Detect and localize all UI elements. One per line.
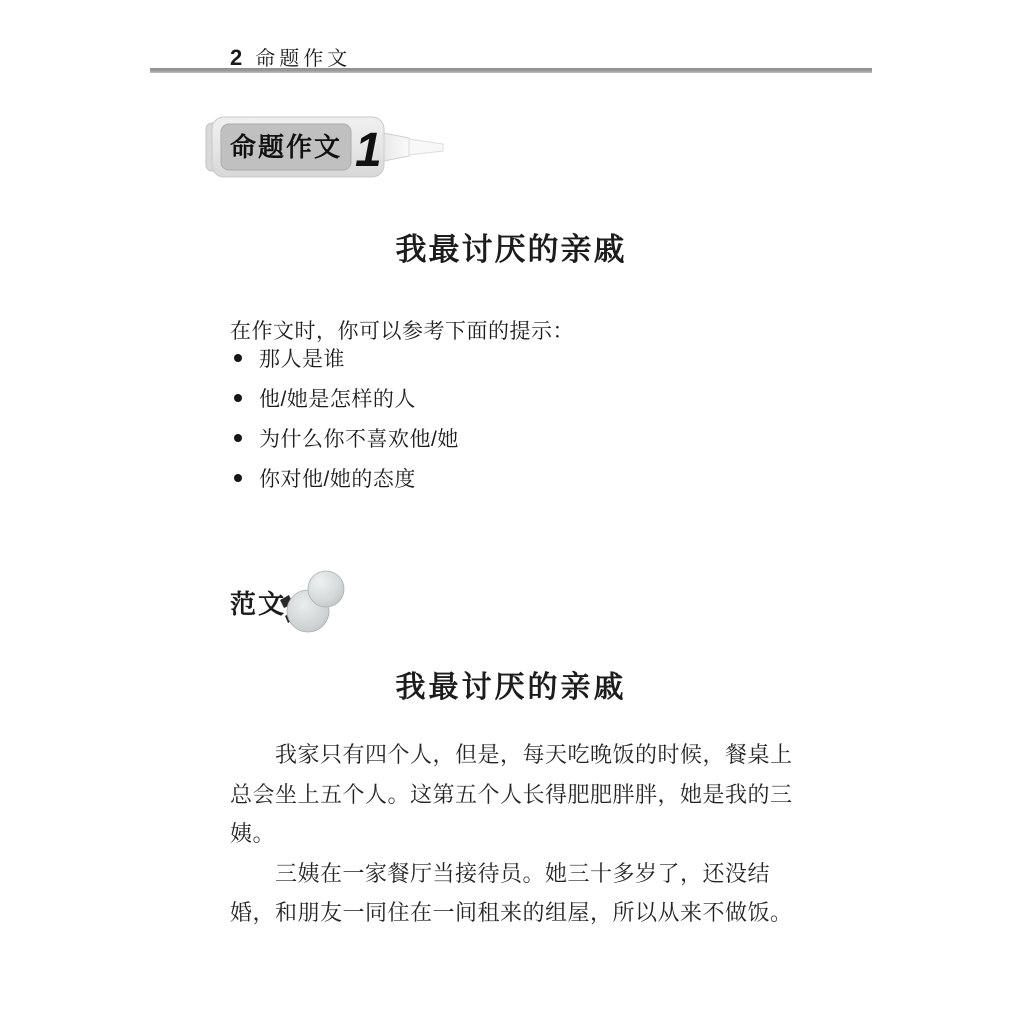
pushpin-icon xyxy=(278,564,350,638)
hint-list: 那人是谁 他/她是怎样的人 为什么你不喜欢他/她 你对他/她的态度 xyxy=(234,338,459,498)
hint-item: 他/她是怎样的人 xyxy=(234,378,459,418)
tube-icon: 命题作文 1 xyxy=(205,114,447,180)
bullet-icon xyxy=(234,354,242,362)
essay-line: 总会坐上五个人。这第五个人长得肥肥胖胖，她是我的三 xyxy=(230,776,796,816)
essay-line: 我家只有四个人，但是，每天吃晚饭的时候，餐桌上 xyxy=(230,736,796,776)
unit-badge-label: 命题作文 xyxy=(230,132,342,162)
sample-essay-title: 我最讨厌的亲戚 xyxy=(228,662,794,706)
essay-line: 三姨在一家餐厅当接待员。她三十多岁了，还没结 xyxy=(230,855,796,895)
tube-nozzle-tip xyxy=(409,139,443,155)
chapter-title: 命题作文 xyxy=(255,42,351,71)
tube-nozzle xyxy=(384,133,409,161)
unit-number: 1 xyxy=(355,124,382,177)
bullet-icon xyxy=(234,394,242,402)
unit-badge: 命题作文 1 xyxy=(205,114,447,180)
essay-line: 姨。 xyxy=(230,815,796,855)
book-page: 2 命题作文 命题作文 xyxy=(0,0,1024,1024)
essay-line: 婚，和朋友一同住在一间租来的组屋，所以从来不做饭。 xyxy=(230,894,796,934)
hint-text: 他/她是怎样的人 xyxy=(259,383,416,413)
hint-item: 你对他/她的态度 xyxy=(234,458,459,498)
running-head: 2 命题作文 xyxy=(230,42,351,71)
bullet-icon xyxy=(234,434,242,442)
header-rule xyxy=(150,68,872,73)
hint-text: 为什么你不喜欢他/她 xyxy=(259,423,459,453)
bullet-icon xyxy=(234,474,242,482)
essay-body: 我家只有四个人，但是，每天吃晚饭的时候，餐桌上 总会坐上五个人。这第五个人长得肥… xyxy=(230,736,796,934)
hint-item: 为什么你不喜欢他/她 xyxy=(234,418,459,458)
hint-item: 那人是谁 xyxy=(234,338,459,378)
hint-text: 你对他/她的态度 xyxy=(259,463,416,493)
hint-text: 那人是谁 xyxy=(259,343,345,373)
assignment-title: 我最讨厌的亲戚 xyxy=(228,224,794,269)
